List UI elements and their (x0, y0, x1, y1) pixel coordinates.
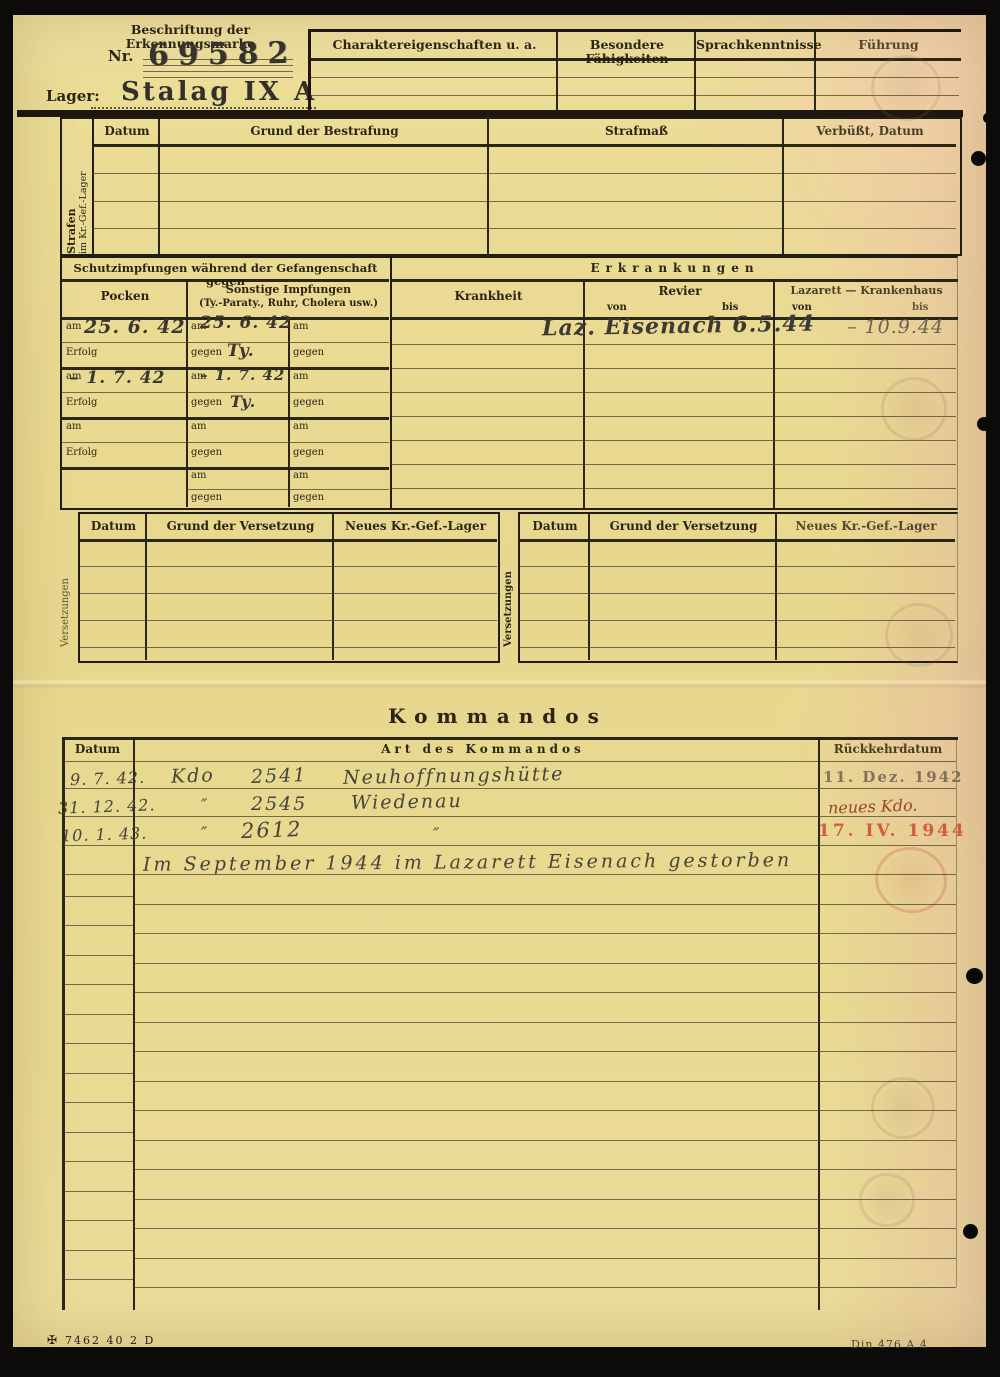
rule (92, 201, 956, 202)
kommandos-col-datum: Datum (62, 743, 133, 757)
illness-entry: Laz. Eisenach 6.5.44 (542, 311, 815, 342)
column-divider (782, 119, 784, 254)
rule (311, 95, 959, 96)
am-label: am (191, 470, 206, 481)
rule (64, 1279, 133, 1280)
rule (62, 417, 389, 420)
column-divider (694, 32, 696, 118)
rule (134, 874, 956, 875)
column-divider (775, 514, 777, 660)
kommando-row-nr: 2541 (251, 764, 308, 788)
column-divider (145, 514, 147, 660)
gegen-label: gegen (293, 492, 324, 503)
return-note-handwritten: neues Kdo. (828, 795, 918, 817)
kommandos-title: Kommandos (373, 705, 623, 728)
rule (134, 963, 956, 964)
von-label: von (607, 302, 627, 313)
gegen-label: gegen (293, 447, 324, 458)
table-border (62, 737, 65, 1310)
kommando-row-datum: 31. 12. 42. (58, 795, 156, 817)
rule (134, 1022, 956, 1023)
rule (64, 874, 133, 875)
am-label: am (293, 421, 308, 432)
gegen-label: gegen (293, 347, 324, 358)
bleed-stamp-mark (885, 603, 953, 667)
am-label: am (66, 421, 81, 432)
rule (64, 1073, 133, 1074)
rule (62, 392, 389, 393)
am-label: am (293, 470, 308, 481)
strafen-table: Strafen im Kr.-Gef.-Lager Datum Grund de… (60, 117, 962, 256)
rule (311, 58, 961, 61)
death-note: Im September 1944 im Lazarett Eisenach g… (143, 848, 913, 875)
rule (64, 1043, 133, 1044)
printer-emblem-icon: ✠ (47, 1333, 57, 1347)
rule (64, 1250, 133, 1251)
kommando-row-nr: 2545 (251, 793, 307, 815)
versetzungen-left-table: Datum Grund der Versetzung Neues Kr.-Gef… (78, 512, 500, 663)
gegen-label: gegen (293, 397, 324, 408)
kommandos-col-art: Art des Kommandos (303, 743, 663, 757)
am-label: am (191, 421, 206, 432)
rule (134, 1287, 956, 1288)
print-code: 7462 40 2 D (65, 1334, 155, 1347)
kommando-row-ort: Wiedenau (351, 790, 463, 814)
strafen-col-grund: Grund der Bestrafung (160, 125, 489, 139)
vaccination-against: Ty. (227, 341, 255, 361)
kommando-row-ort: ″ (433, 825, 440, 845)
kommando-row-datum: 9. 7. 42. (70, 768, 146, 790)
vaccination-date: – 1. 7. 42 (70, 368, 165, 388)
section-divider-band (17, 110, 963, 117)
column-divider (158, 119, 160, 254)
strafen-col-strafmass: Strafmaß (489, 125, 784, 139)
rule (64, 845, 133, 846)
rule (311, 77, 959, 78)
rule (92, 144, 956, 147)
kommandos-col-rueckkehr: Rückkehrdatum (818, 743, 958, 757)
kommando-row-kdo: Kdo (171, 764, 216, 788)
traits-col-header: Besondere Fähigkeiten (558, 38, 696, 67)
traits-table: Charaktereigenschaften u. a. Besondere F… (308, 29, 961, 118)
rule (64, 816, 133, 817)
column-divider (186, 279, 188, 507)
am-label: am (293, 371, 308, 382)
table-border (956, 737, 957, 1287)
column-divider (487, 119, 489, 254)
rule (134, 816, 956, 817)
lager-value: Stalag IX A (121, 77, 317, 107)
erkrankungen-col-krankheit: Krankheit (392, 290, 585, 304)
traits-col-header: Führung (816, 38, 961, 52)
strafen-col-datum: Datum (94, 125, 160, 139)
rule (392, 368, 956, 369)
rule (64, 1220, 133, 1221)
kommando-row-datum: 10. 1. 43. (61, 823, 148, 845)
impfungen-col-sonstige: Sonstige Impfungen (188, 284, 389, 297)
strafen-col-verbuesst: Verbüßt, Datum (784, 125, 956, 139)
nr-label: Nr. (108, 47, 133, 65)
rule (80, 620, 497, 621)
versetzungen-left: Versetzungen Datum Grund der Versetzung … (60, 512, 500, 663)
gegen-label: gegen (191, 492, 222, 503)
versetzungen-side-label: Versetzungen (60, 537, 71, 647)
rule (392, 440, 956, 441)
pow-record-card: Beschriftung der Erkennungsmarke Nr. 695… (13, 15, 986, 1347)
gegen-label: gegen (191, 397, 222, 408)
rule (392, 392, 956, 393)
am-label: am (293, 321, 308, 332)
strafen-side-label-1: Strafen (65, 119, 78, 254)
gegen-label: gegen (191, 347, 222, 358)
versetzungen-col-neues: Neues Kr.-Gef.-Lager (777, 520, 955, 534)
kommando-row-kdo: ″ (201, 796, 208, 816)
kommando-row-ort: Neuhoffnungshütte (343, 763, 565, 789)
rule (64, 984, 133, 985)
traits-col-header: Charaktereigenschaften u. a. (311, 38, 558, 52)
rule (186, 489, 389, 490)
fold-crease (13, 679, 986, 689)
column-divider (332, 514, 334, 660)
rule (392, 488, 956, 489)
strafen-side-label-cell: Strafen im Kr.-Gef.-Lager (62, 119, 94, 254)
column-divider (814, 32, 816, 118)
versetzungen-col-datum: Datum (520, 520, 590, 534)
din-format-label: Din 476 A 4 (851, 1338, 928, 1351)
punch-hole (977, 417, 992, 431)
rule (134, 1110, 956, 1111)
rule (64, 1102, 133, 1103)
erfolg-label: Erfolg (66, 347, 97, 358)
rule (134, 933, 956, 934)
rule (134, 1169, 956, 1170)
rule (62, 737, 958, 740)
rule (80, 539, 497, 542)
am-label: am (66, 321, 81, 332)
strafen-side-label-2: im Kr.-Gef.-Lager (78, 119, 89, 254)
rule (134, 788, 956, 789)
rule (62, 761, 956, 762)
rule (62, 279, 389, 282)
erkrankungen-col-revier: Revier (585, 285, 775, 299)
impfungen-table: Schutzimpfungen während der Gefangenscha… (60, 256, 392, 510)
rule (80, 566, 497, 567)
rule (134, 1081, 956, 1082)
rule (80, 593, 497, 594)
rule (64, 925, 133, 926)
rule (62, 442, 389, 443)
impfungen-col-sonstige-sub: (Ty.-Paraty., Ruhr, Cholera usw.) (188, 298, 389, 310)
rule (80, 647, 497, 648)
bleed-stamp-mark (881, 377, 947, 441)
rule (392, 279, 958, 282)
bleed-stamp-mark (859, 1173, 915, 1227)
rule (64, 1191, 133, 1192)
bleed-stamp-mark (871, 55, 941, 121)
erkrankungen-title: Erkrankungen (392, 262, 958, 276)
rule (134, 1140, 956, 1141)
column-divider (288, 317, 290, 507)
rule (64, 1132, 133, 1133)
versetzungen-side-label: Versetzungen (503, 537, 514, 647)
erfolg-label: Erfolg (66, 447, 97, 458)
vaccination-against: Ty. (230, 392, 256, 411)
rule (92, 228, 956, 229)
rule (520, 539, 955, 542)
rule (134, 1051, 956, 1052)
rule (64, 955, 133, 956)
return-date-stamp-red: 17. IV. 1944 (818, 821, 967, 841)
vaccination-date: – 1. 7. 42 (200, 366, 285, 384)
versetzungen-col-datum: Datum (80, 520, 147, 534)
rule (64, 896, 133, 897)
punch-hole (971, 151, 986, 166)
rule (92, 173, 956, 174)
rule (62, 467, 389, 470)
rule (392, 344, 956, 345)
rule (134, 1199, 956, 1200)
versetzungen-col-grund: Grund der Versetzung (590, 520, 777, 534)
erkrankungen-table: Erkrankungen Krankheit Revier von bis La… (392, 256, 958, 510)
kommando-row-nr: 2612 (241, 817, 303, 843)
rule (392, 464, 956, 465)
punch-hole (983, 113, 991, 123)
punch-hole (966, 968, 983, 984)
rule (134, 1228, 956, 1229)
illness-entry-end: – 10.9.44 (847, 316, 944, 338)
rule (134, 992, 956, 993)
rule (520, 593, 955, 594)
rule (62, 342, 389, 343)
rule (134, 845, 956, 846)
rule (520, 566, 955, 567)
vaccination-date: 25. 6. 42 (84, 316, 186, 338)
rule (64, 1161, 133, 1162)
versetzungen-col-grund: Grund der Versetzung (147, 520, 334, 534)
traits-col-header: Sprachkenntnisse (696, 38, 816, 52)
rule (392, 416, 956, 417)
bleed-stamp-mark (871, 1077, 935, 1139)
erkrankungen-col-lazarett: Lazarett — Krankenhaus (775, 285, 958, 298)
versetzungen-col-neues: Neues Kr.-Gef.-Lager (334, 520, 497, 534)
column-divider (556, 32, 558, 118)
kommando-row-kdo: ″ (201, 824, 208, 844)
impfungen-col-pocken: Pocken (62, 290, 188, 304)
gegen-label: gegen (191, 447, 222, 458)
rule (134, 1258, 956, 1259)
id-tag-number: 69582 (148, 36, 298, 74)
vaccination-date: 25. 6. 42 (200, 313, 292, 333)
rule (64, 788, 133, 789)
bis-label: bis (912, 302, 928, 313)
erfolg-label: Erfolg (66, 397, 97, 408)
column-divider (583, 279, 585, 509)
punch-hole (963, 1224, 978, 1239)
rule (134, 904, 956, 905)
scanned-document: Beschriftung der Erkennungsmarke Nr. 695… (0, 0, 1000, 1377)
rule (64, 1014, 133, 1015)
column-divider (588, 514, 590, 660)
return-date-stamp: 11. Dez. 1942 (823, 768, 964, 786)
